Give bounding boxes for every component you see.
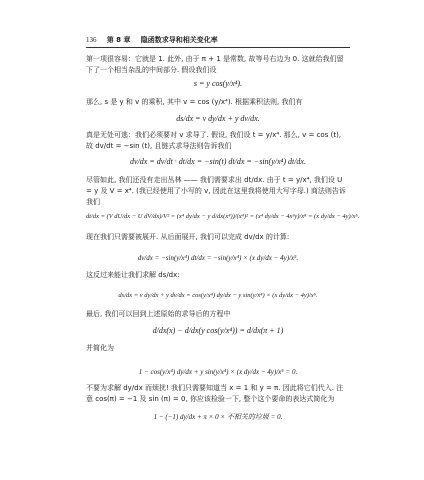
- equation-5: dv/dx = −sin(y/x⁴) dt/dx = −sin(y/x⁴) × …: [86, 254, 350, 262]
- paragraph-1: 第一项很容易：它就是 1. 此外, 由于 π + 1 是常数, 故等号右边为 0…: [86, 54, 350, 76]
- equation-9: 1 − (−1) dy/dx + π × 0 × 不相关的垃圾 = 0.: [86, 412, 350, 422]
- equation-3: dv/dx = dv/dt · dt/dx = −sin(t) dt/dx = …: [86, 157, 350, 166]
- paragraph-7: 最后, 我们可以回到上述原始的求导后的方程中: [86, 309, 350, 320]
- header-rule: [86, 47, 350, 48]
- equation-1: s = y cos(y/x⁴).: [86, 79, 350, 88]
- chapter-title: 隐函数求导和相关变化率: [141, 36, 218, 44]
- equation-2: ds/dx = v dy/dx + y dv/dx.: [86, 114, 350, 123]
- chapter-label: 第 8 章: [107, 36, 131, 44]
- paragraph-8: 并简化为: [86, 343, 350, 354]
- paragraph-5: 现在我们只需要被展开. 从后面展开, 我们可以完成 dv/dx 的计算:: [86, 232, 350, 243]
- equation-4: dt/dx = (V dU/dx − U dV/dx)/V² = (x⁴ dy/…: [86, 213, 350, 220]
- paragraph-2: 那么, s 是 y 和 v 的乘积, 其中 v = cos (y/x⁴). 根据…: [86, 97, 350, 108]
- paragraph-3: 真是无处可逃：我们必须要对 v 求导了. 假设, 我们设 t = y/x⁴. 那…: [86, 130, 350, 152]
- running-header: 136 第 8 章 隐函数求导和相关变化率: [86, 34, 350, 46]
- book-page: 136 第 8 章 隐函数求导和相关变化率 第一项很容易：它就是 1. 此外, …: [0, 0, 424, 480]
- equation-7: d/dx(x) − d/dx(y cos(y/x⁴)) = d/dx(π + 1…: [86, 326, 350, 335]
- equation-8: 1 − cos(y/x⁴) dy/dx + y sin(y/x⁴) × (x d…: [86, 368, 350, 376]
- paragraph-4: 尽管如此, 我们还没有走出丛林 —— 我们需要求出 dt/dx. 由于 t = …: [86, 175, 350, 208]
- page-number: 136: [86, 36, 97, 44]
- equation-6: ds/dx = v dy/dx + y dv/dx = cos(y/x⁴) dy…: [86, 292, 350, 299]
- paragraph-9: 不要为求解 dy/dx 而烦扰! 我们只需要知道当 x = 1 和 y = π.…: [86, 383, 350, 405]
- paragraph-6: 这反过来能让我们求解 ds/dx:: [86, 270, 350, 281]
